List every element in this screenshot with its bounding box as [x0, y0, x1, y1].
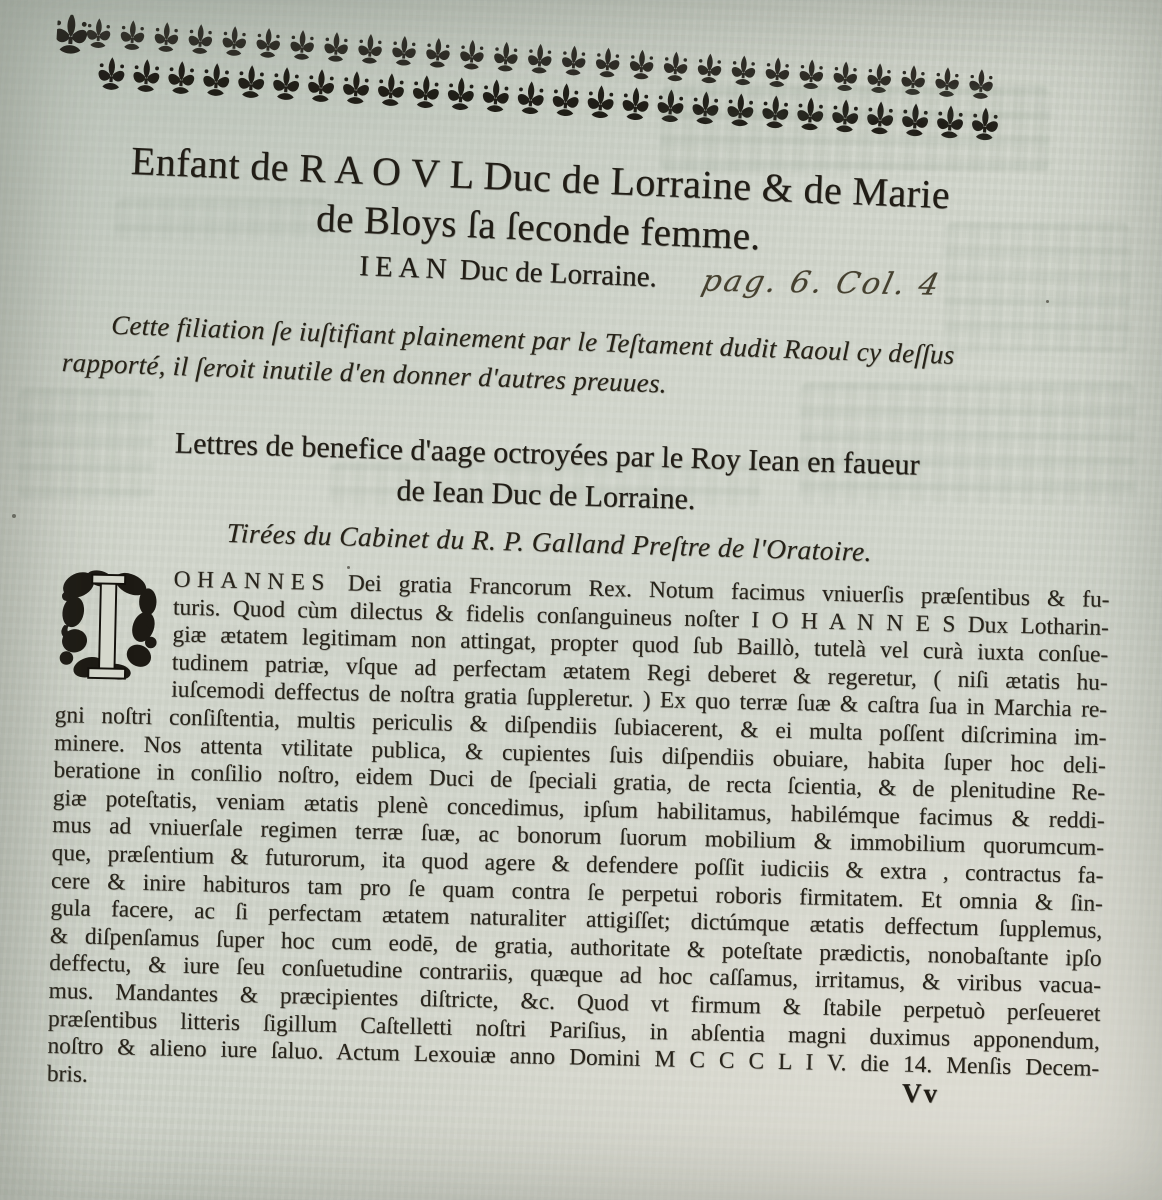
fleuron-icon	[629, 49, 654, 80]
fleuron-icon	[527, 43, 552, 74]
fleuron-icon	[561, 45, 586, 76]
fleuron-icon	[831, 99, 859, 133]
fleuron-icon	[657, 89, 685, 123]
signature-mark: Vv	[902, 1078, 939, 1109]
fleuron-icon	[412, 75, 440, 109]
fleuron-icon	[459, 39, 484, 70]
fleuron-icon	[935, 67, 960, 98]
fleuron-icon	[256, 28, 281, 59]
fleuron-icon	[595, 47, 620, 78]
fleuron-icon	[796, 97, 824, 131]
fleuron-icon	[290, 29, 315, 60]
fleuron-icon	[202, 63, 230, 97]
fleuron-icon	[86, 18, 111, 49]
fleuron-icon	[971, 107, 999, 141]
fleuron-icon	[762, 95, 790, 129]
fleuron-icon	[54, 14, 89, 54]
fleuron-icon	[731, 55, 756, 86]
fleuron-icon	[133, 58, 161, 92]
subtitle-rest: Duc de Lorraine.	[452, 254, 658, 294]
fleuron-icon	[765, 57, 790, 88]
fleuron-icon	[167, 60, 195, 94]
fleuron-icon	[447, 77, 475, 111]
fleuron-icon	[237, 65, 265, 99]
page-title: Enfant de R A O V L Duc de Lorraine & de…	[82, 134, 997, 272]
fleuron-icon	[587, 85, 615, 119]
fleuron-icon	[552, 83, 580, 117]
book-page-scan: Enfant de R A O V L Duc de Lorraine & de…	[0, 0, 1162, 1200]
ink-speck	[12, 514, 16, 518]
fleuron-icon	[799, 59, 824, 90]
fleuron-icon	[622, 87, 650, 121]
fleuron-icon	[154, 22, 179, 53]
fleuron-icon	[663, 51, 688, 82]
fleuron-icon	[98, 56, 126, 90]
fleuron-icon	[272, 67, 300, 101]
handwritten-page-reference: pag. 6. Col. 4	[698, 264, 944, 303]
body-opening-word: OHANNES	[173, 567, 331, 596]
subtitle-caps: IEAN	[359, 250, 453, 286]
fleuron-icon	[307, 69, 335, 103]
fleuron-icon	[936, 105, 964, 139]
fleuron-icon	[727, 93, 755, 127]
ink-speck	[347, 566, 350, 569]
fleuron-icon	[188, 24, 213, 55]
fleuron-icon	[901, 65, 926, 96]
fleuron-icon	[342, 71, 370, 105]
fleuron-icon	[358, 33, 383, 64]
fleuron-icon	[222, 26, 247, 57]
fleuron-ornament-band	[53, 14, 1016, 157]
fleuron-icon	[969, 69, 994, 100]
body-text: OHANNES Dei gratia Francorum Rex. Notum …	[47, 564, 1110, 1111]
fleuron-icon	[120, 20, 145, 51]
letters-heading: Lettres de benefice d'aage octroyées par…	[90, 420, 1004, 529]
fleuron-icon	[324, 31, 349, 62]
fleuron-icon	[377, 73, 405, 107]
fleuron-icon	[425, 37, 450, 68]
ornate-initial-I-icon	[55, 569, 161, 683]
ink-speck	[1046, 300, 1049, 303]
fleuron-icon	[517, 81, 545, 115]
fleuron-icon	[866, 101, 894, 135]
subtitle: IEAN Duc de Lorraine.	[359, 250, 658, 294]
fleuron-icon	[493, 41, 518, 72]
fleuron-icon	[692, 91, 720, 125]
fleuron-icon	[482, 79, 510, 113]
ornament-rows	[53, 14, 1001, 141]
fleuron-icon	[697, 53, 722, 84]
fleuron-icon	[867, 63, 892, 94]
preface-note: Cette filiation ſe iuſtifiant plainement…	[61, 304, 1028, 416]
fleuron-icon	[392, 35, 417, 66]
fleuron-icon	[901, 103, 929, 137]
fleuron-icon	[833, 61, 858, 92]
